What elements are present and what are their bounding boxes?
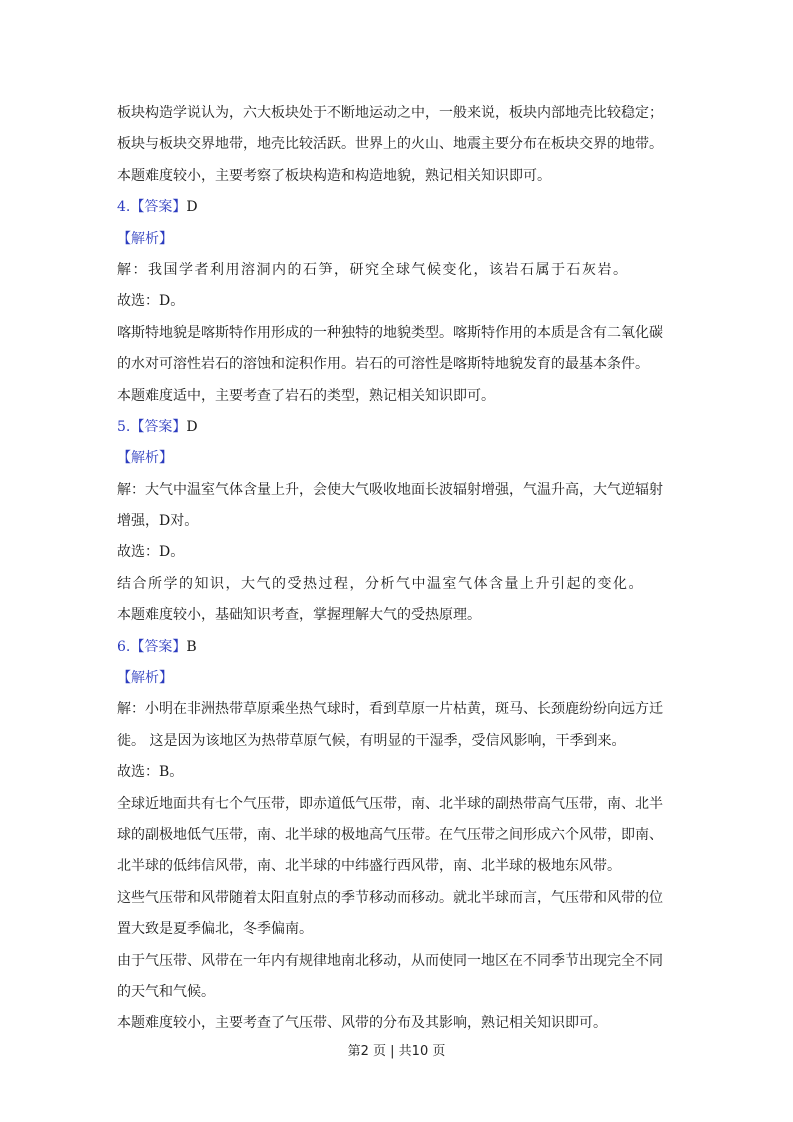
answer-line-q5: 5.【答案】D [117, 412, 677, 443]
page-number: 第2 页 | 共10 页 [348, 1044, 446, 1059]
text-line: 本题难度较小，主要考查了气压带、风带的分布及其影响，熟记相关知识即可。 [117, 1008, 677, 1039]
text-line: 结合所学的知识，大气的受热过程，分析气中温室气体含量上升引起的变化。 [117, 569, 677, 600]
text-line: 解：我国学者利用溶洞内的石笋，研究全球气候变化，该岩石属于石灰岩。 [117, 255, 677, 286]
page-content: 板块构造学说认为，六大板块处于不断地运动之中，一般来说，板块内部地壳比较稳定； … [117, 98, 677, 1040]
page-footer: 第2 页 | 共10 页 [0, 1040, 793, 1059]
text-line: 徙。 这是因为该地区为热带草原气候，有明显的干湿季，受信风影响，干季到来。 [117, 726, 677, 757]
text-line: 故选：B。 [117, 757, 677, 788]
analysis-heading-q4: 【解析】 [117, 224, 677, 255]
text-line: 的水对可溶性岩石的溶蚀和淀积作用。岩石的可溶性是喀斯特地貌发育的最基本条件。 [117, 349, 677, 380]
answer-label: 4.【答案】 [117, 199, 186, 215]
answer-label: 5.【答案】 [117, 419, 186, 435]
answer-label: 6.【答案】 [117, 639, 186, 655]
answer-line-q6: 6.【答案】B [117, 632, 677, 663]
text-line: 的天气和气候。 [117, 977, 677, 1008]
text-line: 置大致是夏季偏北，冬季偏南。 [117, 914, 677, 945]
text-line: 本题难度较小，主要考察了板块构造和构造地貌，熟记相关知识即可。 [117, 161, 677, 192]
text-line: 本题难度较小，基础知识考查，掌握理解大气的受热原理。 [117, 600, 677, 631]
document-page: 板块构造学说认为，六大板块处于不断地运动之中，一般来说，板块内部地壳比较稳定； … [0, 0, 793, 1122]
analysis-label: 【解析】 [117, 231, 173, 247]
answer-line-q4: 4.【答案】D [117, 192, 677, 223]
answer-value: D [186, 199, 197, 215]
text-line: 这些气压带和风带随着太阳直射点的季节移动而移动。就北半球而言，气压带和风带的位 [117, 883, 677, 914]
text-line: 北半球的低纬信风带，南、北半球的中纬盛行西风带，南、北半球的极地东风带。 [117, 851, 677, 882]
text-line: 板块构造学说认为，六大板块处于不断地运动之中，一般来说，板块内部地壳比较稳定； [117, 98, 677, 129]
analysis-heading-q5: 【解析】 [117, 443, 677, 474]
text-line: 增强，D对。 [117, 506, 677, 537]
analysis-label: 【解析】 [117, 450, 173, 466]
analysis-label: 【解析】 [117, 670, 173, 686]
text-line: 解：大气中温室气体含量上升，会使大气吸收地面长波辐射增强，气温升高，大气逆辐射 [117, 475, 677, 506]
text-line: 全球近地面共有七个气压带，即赤道低气压带，南、北半球的副热带高气压带，南、北半 [117, 789, 677, 820]
text-line: 故选：D。 [117, 286, 677, 317]
analysis-heading-q6: 【解析】 [117, 663, 677, 694]
text-line: 板块与板块交界地带，地壳比较活跃。世界上的火山、地震主要分布在板块交界的地带。 [117, 129, 677, 160]
text-line: 本题难度适中，主要考查了岩石的类型，熟记相关知识即可。 [117, 381, 677, 412]
text-line: 解：小明在非洲热带草原乘坐热气球时，看到草原一片枯黄，斑马、长颈鹿纷纷向远方迁 [117, 694, 677, 725]
text-line: 故选：D。 [117, 537, 677, 568]
text-line: 喀斯特地貌是喀斯特作用形成的一种独特的地貌类型。喀斯特作用的本质是含有二氧化碳 [117, 318, 677, 349]
text-line: 由于气压带、风带在一年内有规律地南北移动，从而使同一地区在不同季节出现完全不同 [117, 946, 677, 977]
answer-value: D [186, 419, 197, 435]
text-line: 球的副极地低气压带，南、北半球的极地高气压带。在气压带之间形成六个风带，即南、 [117, 820, 677, 851]
answer-value: B [186, 639, 196, 655]
